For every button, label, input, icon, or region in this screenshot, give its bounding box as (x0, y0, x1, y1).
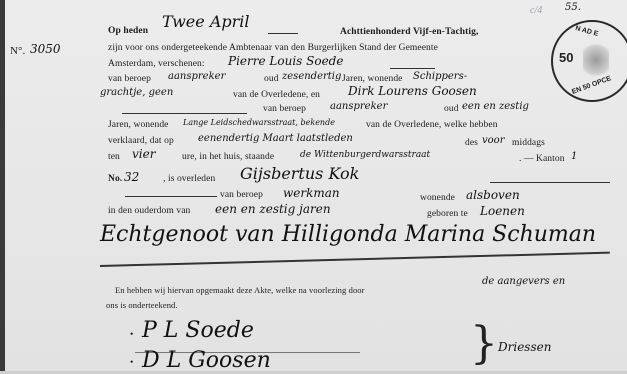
closing-printed-text: En hebben wij hiervan opgemaakt deze Akt… (115, 285, 365, 295)
printed-text: . — Kanton (519, 154, 565, 164)
declarant-1-name: Pierre Louis Soede (228, 54, 343, 68)
stamp-emblem-icon (583, 40, 609, 80)
printed-text: geboren te (427, 209, 468, 219)
fill-line (490, 182, 610, 183)
closing-printed-text-2: ons is onderteekend. (106, 300, 178, 310)
printed-text: van beroep (263, 104, 306, 114)
deceased-age: een en zestig jaren (215, 202, 331, 216)
hour-of-death: vier (132, 147, 155, 161)
birthplace: Loenen (480, 204, 525, 218)
time-of-day: voor (482, 135, 504, 146)
scanned-death-record: N°. 3050 c/4 55. N AD E 50 EN 50 OPCE Op… (0, 0, 627, 374)
record-number-label: N°. (10, 45, 25, 57)
signature-bullet: • (130, 358, 133, 368)
fill-line (125, 196, 217, 197)
printed-text: No. (108, 174, 122, 184)
printed-text: ten (108, 152, 120, 162)
declarant-2-age: een en zestig (462, 101, 529, 112)
record-number: 3050 (30, 42, 61, 56)
declarant-2-name: Dirk Lourens Goosen (348, 84, 477, 98)
printed-text: ure, in het huis, staande (182, 152, 274, 162)
printed-text: Jaren, wonende (108, 120, 169, 130)
page-number: 55. (565, 2, 581, 13)
signature-declarant-2: D L Goosen (142, 348, 271, 373)
printed-text: Op heden (108, 26, 148, 36)
declarant-1-address: Schippers- (413, 71, 467, 82)
signature-declarant-1: P L Soede (142, 318, 254, 343)
printed-text: van de Overledene, en (233, 90, 320, 100)
deceased-residence: alsboven (466, 188, 520, 202)
declarant-1-age: zesendertig (282, 71, 341, 82)
declarant-1-occupation: aanspreker (168, 71, 225, 82)
scan-edge (0, 0, 5, 374)
printed-text: Jaren, wonende (342, 74, 403, 84)
deceased-occupation: werkman (283, 186, 340, 200)
closing-handwritten: de aangevers en (482, 276, 565, 287)
printed-text: des (465, 138, 478, 148)
printed-text: oud (264, 74, 279, 84)
deceased-name: Gijsbertus Kok (240, 164, 359, 183)
printed-text: zijn voor ons ondergeteekende Ambtenaar … (108, 43, 438, 53)
kanton-number: 1 (571, 151, 577, 162)
signature-brace: } (470, 318, 498, 369)
section-divider (100, 252, 610, 267)
printed-text: , is overleden (163, 174, 215, 184)
printed-text: middags (512, 138, 545, 148)
registrar-signature: Driessen (498, 340, 551, 354)
date-of-death: eenendertig Maart laatstleden (198, 133, 353, 144)
stamp-top-text: N AD E (574, 25, 598, 38)
printed-text: wonende (420, 193, 455, 203)
pencil-mark: c/4 (530, 5, 542, 16)
printed-text: oud (444, 104, 459, 114)
printed-text: van beroep (220, 190, 263, 200)
printed-text: Amsterdam, verschenen: (108, 59, 205, 69)
printed-text: in den ouderdom van (108, 206, 190, 216)
printed-text: van beroep (108, 74, 151, 84)
declarant-2-address: Lange Leidschedwarsstraat, bekende (183, 118, 335, 127)
fill-line (390, 68, 435, 69)
house-number: 32 (124, 170, 139, 184)
handwritten-date: Twee April (162, 12, 250, 31)
printed-year: Achttienhonderd Vijf-en-Tachtig, (340, 27, 479, 37)
revenue-stamp: N AD E 50 EN 50 OPCE (551, 20, 627, 102)
printed-text: van de Overledene, welke hebben (366, 120, 498, 130)
place-of-death: de Wittenburgerdwarsstraat (300, 150, 430, 160)
printed-text: verklaard, dat op (108, 136, 174, 146)
declarant-1-address-cont: grachtje, geen (100, 87, 173, 98)
fill-line (268, 33, 298, 34)
stamp-value: 50 (559, 50, 573, 65)
spouse-line: Echtgenoot van Hilligonda Marina Schuman (100, 222, 596, 247)
signature-bullet: • (130, 330, 133, 340)
fill-line (122, 113, 247, 114)
declarant-2-occupation: aanspreker (330, 101, 387, 112)
